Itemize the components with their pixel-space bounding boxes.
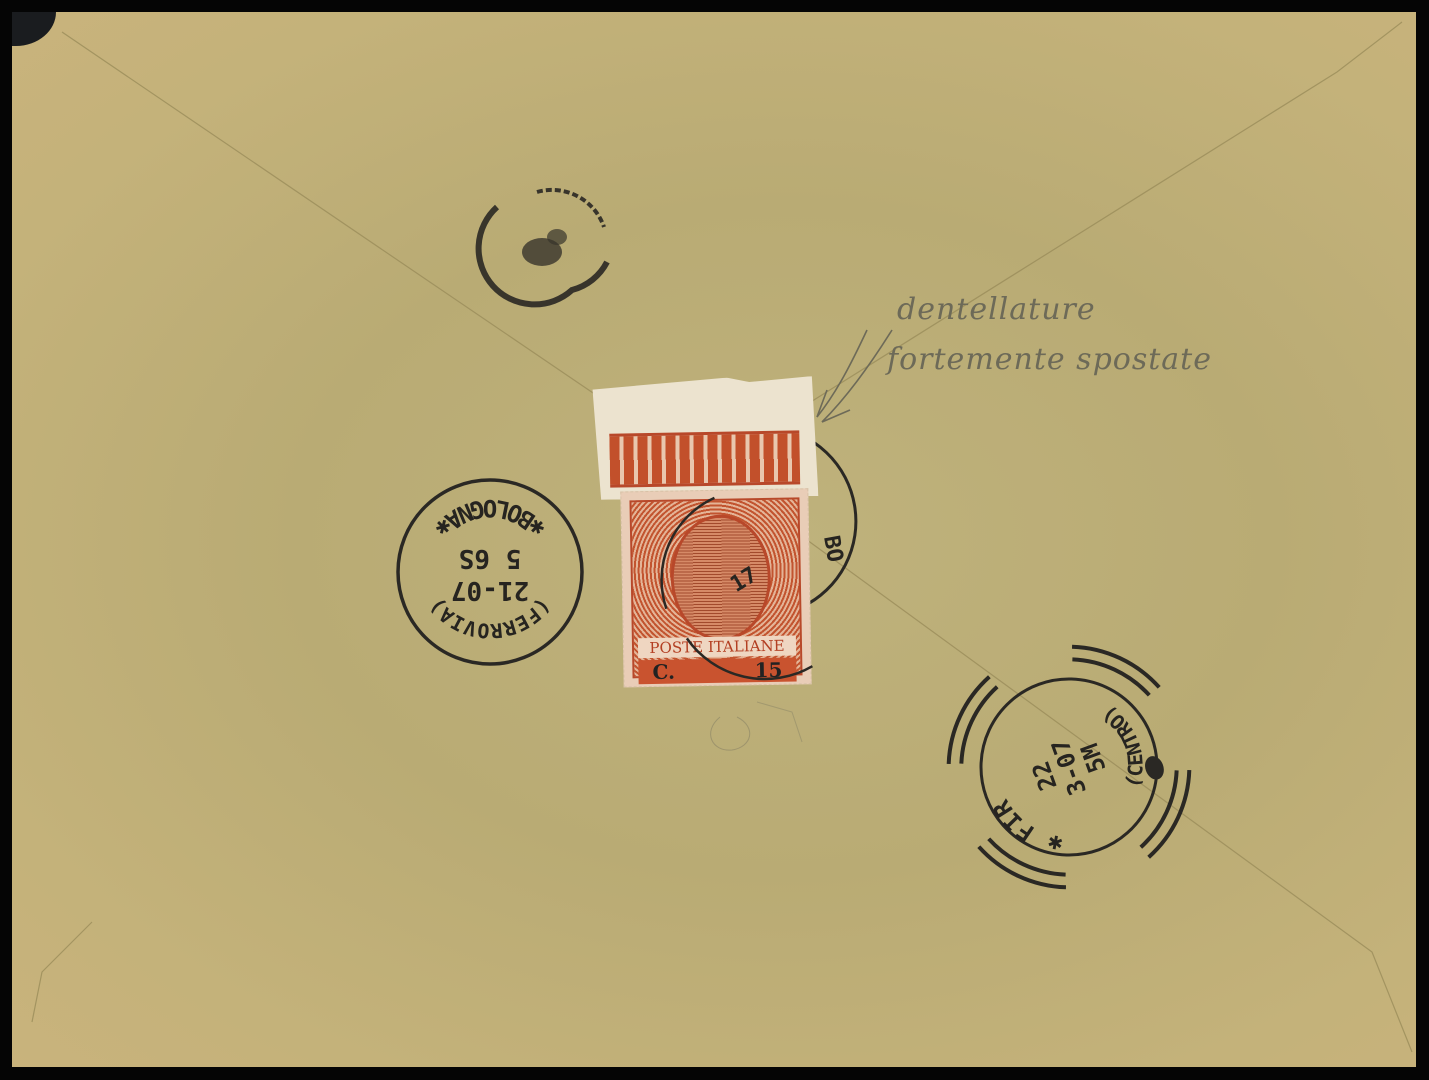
handwritten-note-line2: fortemente spostate	[887, 342, 1212, 377]
svg-text:✱BOLOGNA✱: ✱BOLOGNA✱	[429, 494, 551, 543]
svg-text:17: 17	[726, 563, 762, 598]
pencil-arrow-icon	[817, 330, 892, 422]
svg-text:BO: BO	[818, 534, 847, 564]
postmark-firenze: ✱ FIR (CENTRO) 22 3-07 5M	[925, 623, 1212, 910]
envelope-back: ✱ BO ✱BOLOGNA✱ (FERROVIA) 21-07 5 6S	[12, 12, 1416, 1067]
postmark-smudged	[479, 190, 607, 304]
stamp-cancel: 17	[592, 376, 821, 686]
svg-text:5 6S: 5 6S	[459, 543, 522, 573]
postmark-bologna: ✱BOLOGNA✱ (FERROVIA) 21-07 5 6S	[398, 480, 582, 664]
handwritten-note-line1: dentellature	[897, 292, 1096, 327]
svg-text:21-07: 21-07	[451, 575, 529, 605]
postage-stamp: POSTE ITALIANE C. 15 17	[592, 376, 821, 686]
